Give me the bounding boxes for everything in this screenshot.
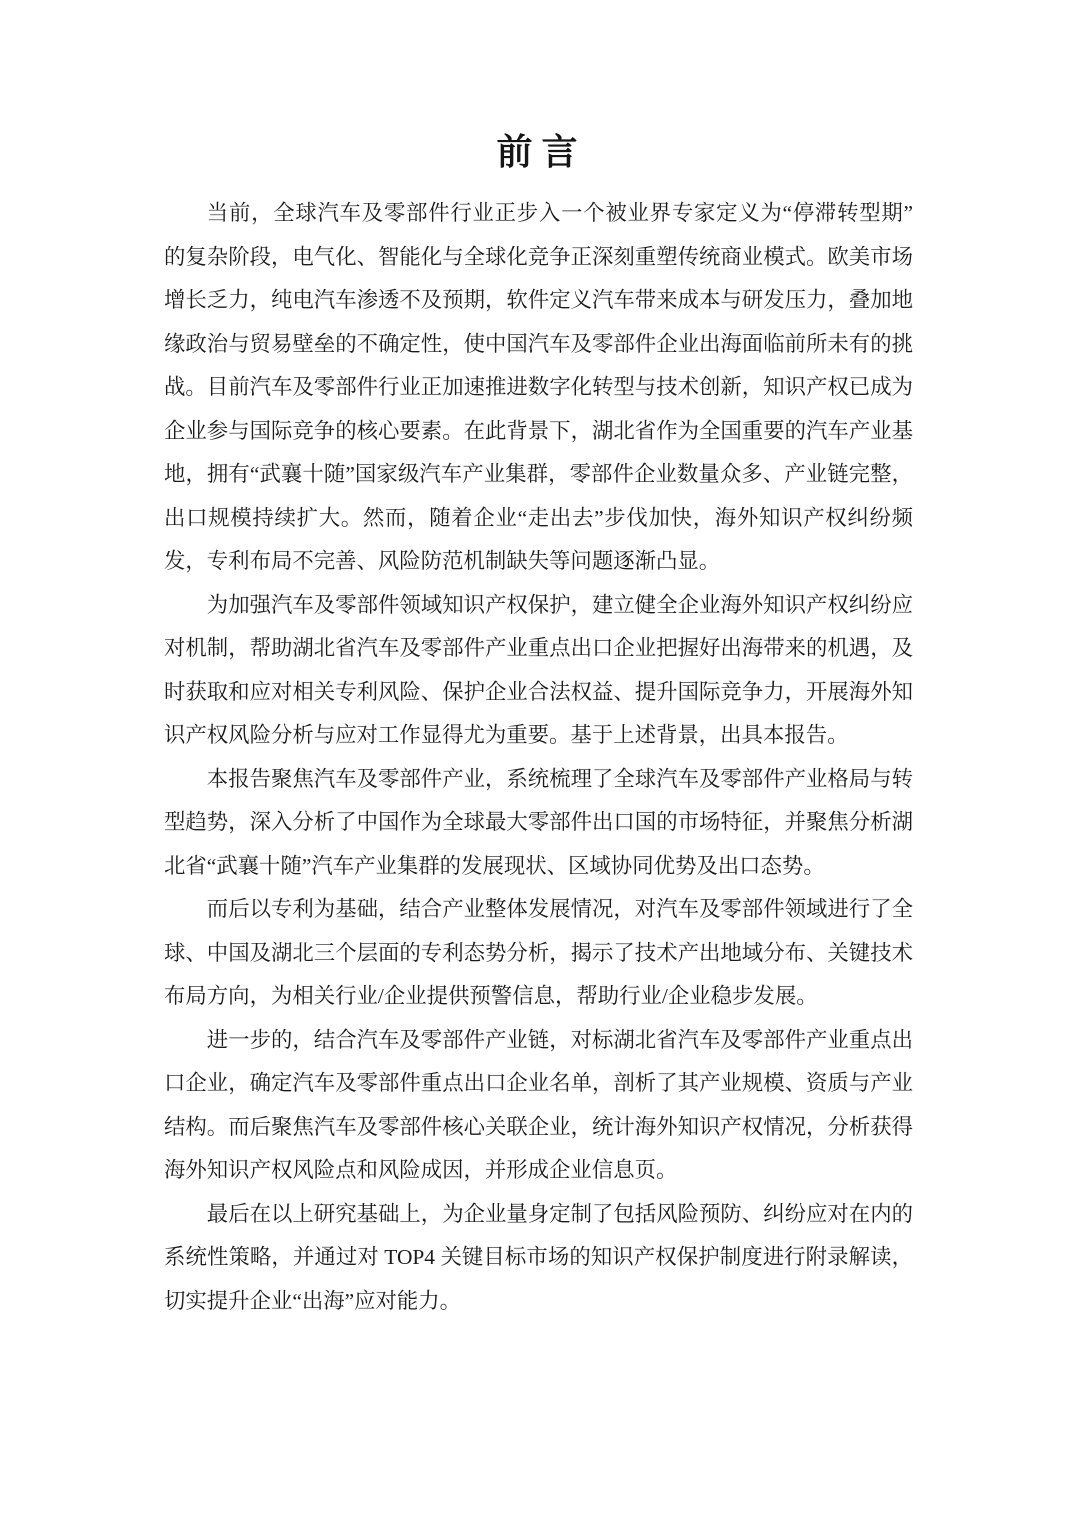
text-line: 最后在以上研究基础上，为企业量身定制了包括风险预防、纠纷应对在内的 <box>164 1193 913 1237</box>
paragraph: 进一步的，结合汽车及零部件产业链，对标湖北省汽车及零部件产业重点出口企业，确定汽… <box>164 1019 913 1193</box>
document-page: 前 言 当前，全球汽车及零部件行业正步入一个被业界专家定义为“停滞转型期”的复杂… <box>0 0 1074 1520</box>
text-line: 海外知识产权风险点和风险成因，并形成企业信息页。 <box>164 1149 913 1193</box>
text-line: 对机制，帮助湖北省汽车及零部件产业重点出口企业把握好出海带来的机遇，及 <box>164 627 913 671</box>
paragraph: 本报告聚焦汽车及零部件产业，系统梳理了全球汽车及零部件产业格局与转型趋势，深入分… <box>164 758 913 889</box>
text-line: 战。目前汽车及零部件行业正加速推进数字化转型与技术创新，知识产权已成为 <box>164 366 913 410</box>
paragraph: 最后在以上研究基础上，为企业量身定制了包括风险预防、纠纷应对在内的系统性策略，并… <box>164 1193 913 1324</box>
paragraph: 而后以专利为基础，结合产业整体发展情况，对汽车及零部件领域进行了全球、中国及湖北… <box>164 888 913 1019</box>
document-title: 前 言 <box>0 126 1074 178</box>
text-line: 发，专利布局不完善、风险防范机制缺失等问题逐渐凸显。 <box>164 540 913 584</box>
text-line: 增长乏力，纯电汽车渗透不及预期，软件定义汽车带来成本与研发压力，叠加地 <box>164 279 913 323</box>
text-line: 地，拥有“武襄十随”国家级汽车产业集群，零部件企业数量众多、产业链完整， <box>164 453 913 497</box>
text-line: 企业参与国际竞争的核心要素。在此背景下，湖北省作为全国重要的汽车产业基 <box>164 410 913 454</box>
text-line: 切实提升企业“出海”应对能力。 <box>164 1280 913 1324</box>
paragraph: 为加强汽车及零部件领域知识产权保护，建立健全企业海外知识产权纠纷应对机制，帮助湖… <box>164 584 913 758</box>
text-line: 本报告聚焦汽车及零部件产业，系统梳理了全球汽车及零部件产业格局与转 <box>164 758 913 802</box>
text-line: 口企业，确定汽车及零部件重点出口企业名单，剖析了其产业规模、资质与产业 <box>164 1062 913 1106</box>
text-line: 北省“武襄十随”汽车产业集群的发展现状、区域协同优势及出口态势。 <box>164 845 913 889</box>
text-line: 而后以专利为基础，结合产业整体发展情况，对汽车及零部件领域进行了全 <box>164 888 913 932</box>
text-line: 进一步的，结合汽车及零部件产业链，对标湖北省汽车及零部件产业重点出 <box>164 1019 913 1063</box>
text-line: 的复杂阶段，电气化、智能化与全球化竞争正深刻重塑传统商业模式。欧美市场 <box>164 236 913 280</box>
text-line: 系统性策略，并通过对 TOP4 关键目标市场的知识产权保护制度进行附录解读， <box>164 1236 913 1280</box>
text-line: 布局方向，为相关行业/企业提供预警信息，帮助行业/企业稳步发展。 <box>164 975 913 1019</box>
text-line: 为加强汽车及零部件领域知识产权保护，建立健全企业海外知识产权纠纷应 <box>164 584 913 628</box>
text-line: 当前，全球汽车及零部件行业正步入一个被业界专家定义为“停滞转型期” <box>164 192 913 236</box>
text-line: 结构。而后聚焦汽车及零部件核心关联企业，统计海外知识产权情况，分析获得 <box>164 1106 913 1150</box>
text-line: 出口规模持续扩大。然而，随着企业“走出去”步伐加快，海外知识产权纠纷频 <box>164 497 913 541</box>
text-line: 型趋势，深入分析了中国作为全球最大零部件出口国的市场特征，并聚焦分析湖 <box>164 801 913 845</box>
text-line: 球、中国及湖北三个层面的专利态势分析，揭示了技术产出地域分布、关键技术 <box>164 932 913 976</box>
text-line: 时获取和应对相关专利风险、保护企业合法权益、提升国际竞争力，开展海外知 <box>164 671 913 715</box>
document-body: 当前，全球汽车及零部件行业正步入一个被业界专家定义为“停滞转型期”的复杂阶段，电… <box>164 192 913 1323</box>
text-line: 缘政治与贸易壁垒的不确定性，使中国汽车及零部件企业出海面临前所未有的挑 <box>164 323 913 367</box>
text-line: 识产权风险分析与应对工作显得尤为重要。基于上述背景，出具本报告。 <box>164 714 913 758</box>
paragraph: 当前，全球汽车及零部件行业正步入一个被业界专家定义为“停滞转型期”的复杂阶段，电… <box>164 192 913 584</box>
